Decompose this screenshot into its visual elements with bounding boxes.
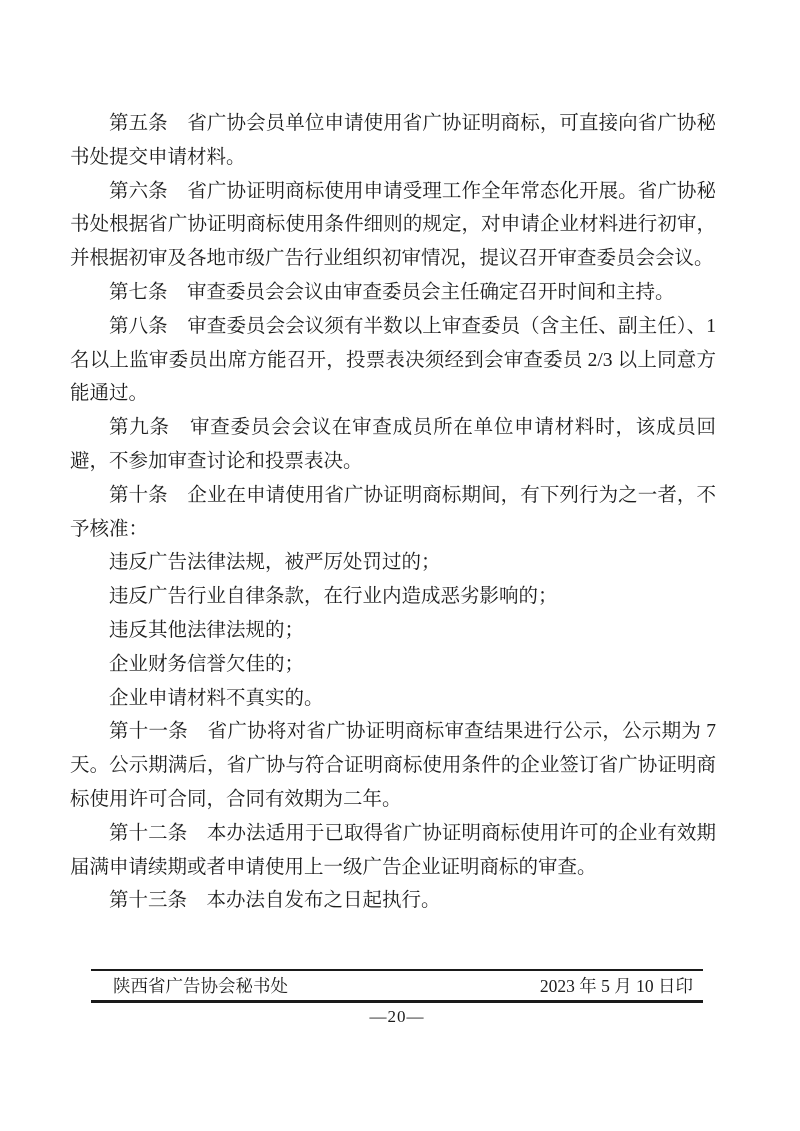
footer-print-date: 2023 年 5 月 10 日印 [540, 973, 693, 998]
paragraph-article-8: 第八条 审查委员会会议须有半数以上审查委员（含主任、副主任）、1名以上监审委员出… [70, 310, 716, 411]
list-item-violation-1: 违反广告法律法规，被严厉处罚过的； [70, 546, 716, 580]
paragraph-article-7: 第七条 审查委员会会议由审查委员会主任确定召开时间和主持。 [70, 276, 716, 310]
list-item-violation-4: 企业财务信誉欠佳的； [70, 648, 716, 682]
list-item-violation-5: 企业申请材料不真实的。 [70, 682, 716, 716]
footer-rule-box: 陕西省广告协会秘书处 2023 年 5 月 10 日印 [91, 969, 703, 1003]
paragraph-article-13: 第十三条 本办法自发布之日起执行。 [70, 884, 716, 918]
paragraph-article-12: 第十二条 本办法适用于已取得省广协证明商标使用许可的企业有效期届满申请续期或者申… [70, 817, 716, 885]
page-number: —20— [91, 1007, 703, 1027]
paragraph-article-6: 第六条 省广协证明商标使用申请受理工作全年常态化开展。省广协秘书处根据省广协证明… [70, 175, 716, 276]
list-item-violation-3: 违反其他法律法规的； [70, 614, 716, 648]
paragraph-article-10: 第十条 企业在申请使用省广协证明商标期间，有下列行为之一者，不予核准： [70, 479, 716, 547]
footer-issuer: 陕西省广告协会秘书处 [113, 973, 288, 998]
document-page: 第五条 省广协会员单位申请使用省广协证明商标，可直接向省广协秘书处提交申请材料。… [0, 0, 800, 1131]
paragraph-article-11: 第十一条 省广协将对省广协证明商标审查结果进行公示，公示期为 7 天。公示期满后… [70, 715, 716, 816]
document-body: 第五条 省广协会员单位申请使用省广协证明商标，可直接向省广协秘书处提交申请材料。… [70, 107, 716, 918]
paragraph-article-9: 第九条 审查委员会会议在审查成员所在单位申请材料时，该成员回避，不参加审查讨论和… [70, 411, 716, 479]
list-item-violation-2: 违反广告行业自律条款，在行业内造成恶劣影响的； [70, 580, 716, 614]
paragraph-article-5: 第五条 省广协会员单位申请使用省广协证明商标，可直接向省广协秘书处提交申请材料。 [70, 107, 716, 175]
